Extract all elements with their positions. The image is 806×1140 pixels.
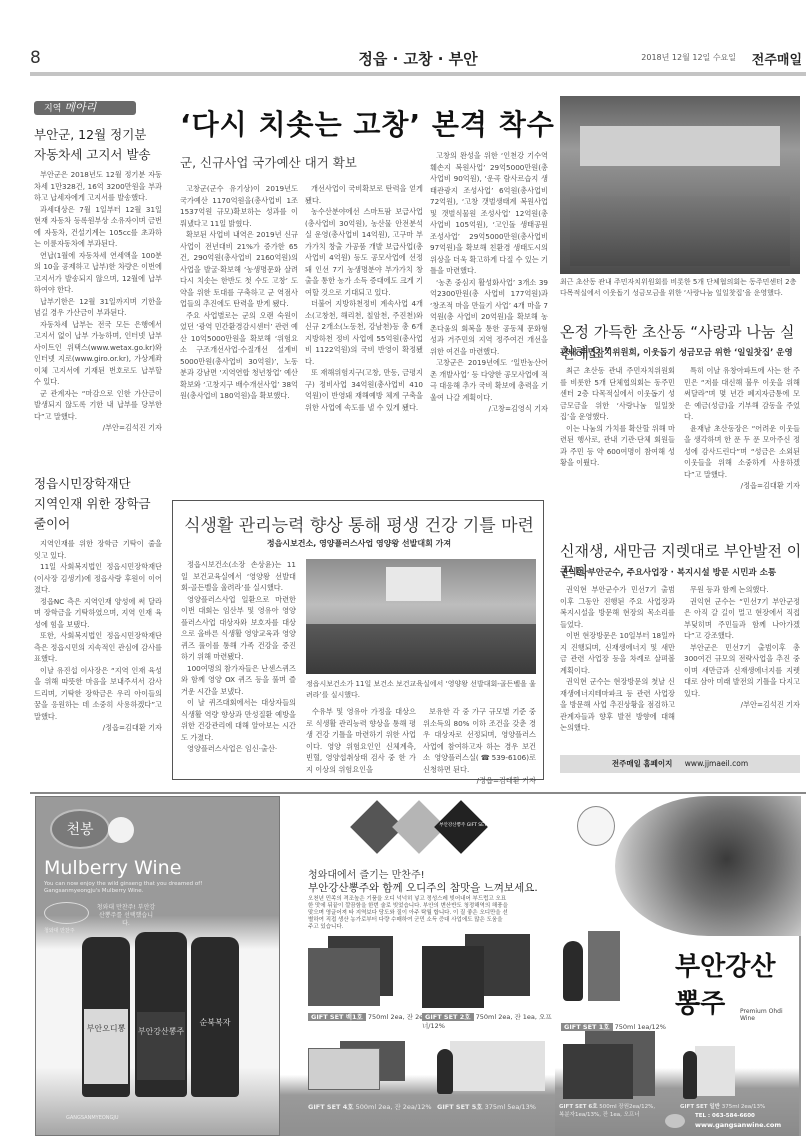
paragraph: 과세대상은 7월 1일부터 12월 31일 현재 자동차 등록원부상 소유자이며… — [34, 204, 162, 250]
paragraph: 연납(1월에 자동차세 연세액을 100분의 10을 공제하고 납부)한 차량은… — [34, 250, 162, 296]
gift-set-tag: GIFT SET 6호 — [559, 1104, 598, 1110]
seal-caption: 청와대 만찬주 — [44, 927, 75, 934]
health-col2: 수유부 및 영유아 가정을 대상으로 식생활 관리능력 향상을 통해 평생 건강… — [306, 706, 416, 775]
paragraph: 정읍NC 측은 지역인재 양성에 써 달라며 장학금을 기탁하였으며, 지역 인… — [34, 596, 162, 631]
paragraph: 확보된 사업비 내역은 2019년 신규사업이 전년대비 21%가 증가한 65… — [180, 229, 298, 310]
paragraph: 특히 이날 유창아파트에 사는 한 주민은 “저를 대신해 불우 이웃을 위해 … — [684, 365, 800, 423]
paragraph: 부안군은 민선7기 출범이후 총 300여건 규모의 전략사업을 추진 중이며 … — [684, 642, 800, 700]
paragraph: 영양플러스사업은 임신·출산· — [181, 743, 296, 755]
ad-middle-panel: 부안강산뽕주 GIFT SET 청와대에서 즐기는 만찬주! 부안강산뽕주와 함… — [280, 796, 555, 1136]
paragraph: 11일 사회복지법인 정읍시민장학재단(이사장 김생기)에 정읍사랑 후원이 이… — [34, 561, 162, 596]
paragraph: 수유부 및 영유아 가정을 대상으로 식생활 관리능력 향상을 통해 평생 건강… — [306, 706, 416, 775]
newspaper-name: 전주매일 — [752, 49, 802, 68]
byline: /고창=김영식 기자 — [430, 403, 548, 415]
gift-set-spec: 500ml 2ea, 잔 2ea/12% — [356, 1103, 432, 1111]
bottle-label: 부안오디뽕 — [84, 1009, 128, 1084]
bottle-ppongju: 부안강산뽕주 — [135, 932, 187, 1097]
gift-set-caption: GIFT SET 일반 375ml 2ea/13% — [680, 1102, 765, 1110]
main-headline: ‘다시 치솟는 고창’ 본격 착수 — [180, 103, 555, 143]
paragraph: 고창의 완성을 위한 ‘인천강 기수역 훼손지 복원사업’ 29억5000만원(… — [430, 150, 548, 277]
gift-set-tag: GIFT SET 1호 — [561, 1023, 613, 1031]
article-body: 부안군은 2018년도 12월 정기분 자동차세 1만328건, 16억 320… — [34, 169, 162, 434]
gift-set-5-bottle — [437, 1049, 453, 1094]
right-article1-subheadline: 관내 주민자치위원회, 이웃돕기 성금모금 위한 ‘일일찻집’ 운영 — [560, 346, 793, 358]
paragraph: 윤재남 초산동장은 “어려운 이웃들을 생각하며 한 푼 두 푼 모아주신 정성… — [684, 423, 800, 481]
article-body: 지역인재를 위한 장학금 기탁이 줄을 잇고 있다. 11일 사회복지법인 정읍… — [34, 538, 162, 734]
right-article1-col2: 특히 이날 유창아파트에 사는 한 주민은 “저를 대신해 불우 이웃을 위해 … — [684, 365, 800, 492]
bottle-label: 순북복자 — [191, 1017, 239, 1028]
brand-badge: 천봉 — [50, 809, 110, 849]
paragraph: 최근 초산동 관내 주민자치위원회를 비롯한 5개 단체협의회는 동주민센터 2… — [560, 365, 675, 423]
health-headline: 식생활 관리능력 향상 통해 평생 건강 기틀 마련 — [173, 511, 545, 536]
paragraph: 무원 등과 함께 논의했다. — [684, 584, 800, 596]
article-headline-line1: 정읍시민장학재단 — [34, 474, 162, 494]
paragraph: 군 관계자는 “마감으로 인한 가산금이 발생되지 않도록 기한 내 납부를 당… — [34, 388, 162, 423]
gift-set-2-bottles — [422, 946, 484, 1008]
mascot-icon — [577, 806, 615, 846]
health-article-box: 식생활 관리능력 향상 통해 평생 건강 기틀 마련 정읍시보건소, 영양플러스… — [172, 500, 544, 780]
header-rule — [30, 72, 806, 76]
paragraph: 또 재해위험지구(고창, 만동, 금평지구) 정비사업 34억원(총사업비 41… — [305, 367, 423, 413]
paragraph: 영양플러스사업 일환으로 마련한 이번 대회는 임산부 및 영유아 영양플러스사… — [181, 594, 296, 663]
ad-phone: TEL : 063-584-6600 — [695, 1113, 755, 1119]
paragraph: 권익현 군수는 “민선7기 부안군정은 아직 갈 길이 멀고 현장에서 직접 부… — [684, 596, 800, 642]
seal-text: 청와대 만찬주! 부안강산뽕주를 선택했습니다. — [96, 904, 156, 928]
paragraph: 고창군(군수 유기상)이 2019년도 국가예산 1170억원을(총사업비 1조… — [180, 183, 298, 229]
ad-headline1: 청와대에서 즐기는 만찬주! — [308, 866, 425, 881]
paragraph: 개선사업이 국비확보로 탄력을 얻게 됐다. — [305, 183, 423, 206]
gift-set-tag: GIFT SET 백1호 — [308, 1013, 366, 1021]
ad-left-panel: 천봉 Mulberry Wine You can now enjoy the w… — [35, 796, 280, 1136]
issue-date: 2018년 12월 12일 수요일 — [641, 52, 736, 63]
paragraph: 더불어 지방하천정비 계속사업 4개소(고창천, 해리천, 칠암천, 주진천)와… — [305, 298, 423, 367]
homepage-url[interactable]: www.jjmaeil.com — [685, 759, 748, 768]
gift-set-spec: 750ml 1ea/12% — [615, 1023, 666, 1031]
homepage-label: 전주매일 홈페이지 — [612, 759, 673, 768]
gift-set-caption: GIFT SET 1호 750ml 1ea/12% — [561, 1022, 666, 1031]
bottle-label: 부안강산뽕주 — [137, 1012, 185, 1080]
ad-tagline: You can now enjoy the wild ginseng that … — [44, 881, 214, 895]
gift-set-5-box — [450, 1041, 545, 1091]
blue-house-seal-icon — [44, 902, 89, 924]
byline: /정읍=김대환 기자 — [34, 722, 162, 734]
paragraph: 정읍시보건소(소장 손상윤)는 11일 보건교육실에서 ‘영양왕 선발대회-골든… — [181, 559, 296, 594]
right-article2-col2: 무원 등과 함께 논의했다. 권익현 군수는 “민선7기 부안군정은 아직 갈 … — [684, 584, 800, 711]
paragraph: 자동차세 납부는 전국 모든 은행에서 고지서 없이 납부 가능하며, 인터넷 … — [34, 319, 162, 388]
health-col1: 정읍시보건소(소장 손상윤)는 11일 보건교육실에서 ‘영양왕 선발대회-골든… — [181, 559, 296, 755]
tea-house-photo — [560, 96, 800, 274]
gift-set-6-bottles — [563, 1044, 633, 1099]
memo-tag-label: 메아리 — [64, 101, 96, 114]
article-scholarship: 정읍시민장학재단 지역인재 위한 장학금 줄이어 지역인재를 위한 장학금 기탁… — [34, 474, 162, 734]
gift-set-caption: GIFT SET 6호 500ml 장원2ea/12%, 복분자1ea/13%,… — [559, 1102, 659, 1118]
paragraph: 이 날 퀴즈대회에서는 대상자들의 식생활 역량 향상과 만성질환 예방을 위한… — [181, 697, 296, 743]
paragraph: 주요 사업별로는 군의 오랜 숙원이었던 ‘광역 민간환경감시센터’ 관련 예산… — [180, 310, 298, 402]
paragraph: 권익현 군수는 현장방문의 첫날 신재생에너지테마파크 등 관련 사업장을 방문… — [560, 676, 675, 734]
right-article1-col1: 최근 초산동 관내 주민자치위원회를 비롯한 5개 단체협의회는 동주민센터 2… — [560, 365, 675, 469]
health-subheadline: 정읍시보건소, 영양플러스사업 영양왕 선발대회 가져 — [173, 538, 545, 549]
gift-set-general-bottle — [683, 1051, 697, 1099]
byline: /정읍=김대환 기자 — [423, 775, 536, 787]
gift-set-tag: GIFT SET 5호 — [437, 1103, 483, 1111]
paragraph: 농수산분야에선 스마트팜 보급사업(총사업비 30억원), 농산물 안전분석실 … — [305, 206, 423, 298]
homepage-banner[interactable]: 전주매일 홈페이지 www.jjmaeil.com — [560, 755, 800, 773]
tea-house-caption: 최근 초산동 관내 주민자치위원회를 비롯한 5개 단체협의회는 동주민센터 2… — [560, 277, 800, 299]
paragraph: ‘농촌 중심지 활성화사업’ 3개소 39억2300만원(총 사업비 177억원… — [430, 277, 548, 358]
paragraph: 보유한 각 중 가구 규모별 기준 중위소득의 80% 이하 조건을 갖춘 경우… — [423, 706, 536, 775]
gift-set-caption: GIFT SET 4호 500ml 2ea, 잔 2ea/12% — [308, 1102, 432, 1111]
gift-set-general-box — [695, 1046, 735, 1096]
paragraph: 또한, 사회복지법인 정읍시민장학재단 측은 정읍시민의 지속적인 관심에 감사… — [34, 630, 162, 665]
article-headline-line2: 자동차세 고지서 발송 — [34, 145, 162, 165]
article-headline-line1: 부안군, 12월 정기분 — [34, 125, 162, 145]
ad-description: 오천년 민족의 격조높은 기품을 오디 넉넉히 넣고 정성스레 빚어내어 부드럽… — [308, 896, 508, 931]
gift-set-spec: 375ml 5ea/13% — [485, 1103, 536, 1111]
people-tables — [570, 196, 790, 266]
projection-screen — [386, 567, 441, 601]
paragraph: 권익현 부안군수가 민선7기 출범 이후 그동안 진행된 주요 사업장과 복지시… — [560, 584, 675, 630]
bottle-ohdi: 부안오디뽕 — [82, 937, 130, 1097]
byline: /부안=김석진 기자 — [684, 699, 800, 711]
health-photo-caption: 정읍시보건소가 11일 보건소 보건교육실에서 ‘영양왕 선발대회-골든벨을 울… — [306, 679, 536, 701]
main-subheadline: 군, 신규사업 국가예산 대거 확보 — [180, 153, 357, 171]
paragraph: 부안군은 2018년도 12월 정기분 자동차세 1만328건, 16억 320… — [34, 169, 162, 204]
paragraph: 이날 유진섭 이사장은 “지역 인재 육성을 위해 따뜻한 마음을 보내주셔서 … — [34, 665, 162, 723]
main-article-col3: 고창의 완성을 위한 ‘인천강 기수역 훼손지 복원사업’ 29억5000만원(… — [430, 150, 548, 415]
ad-right-panel: 부안강산 뽕주 Premium Ohdi Wine GIFT SET 1호 75… — [555, 796, 801, 1136]
gift-set-tag: GIFT SET 2호 — [422, 1013, 474, 1021]
gift-set-1-bottles — [308, 948, 380, 1006]
health-event-photo — [306, 559, 536, 674]
audience — [306, 624, 536, 674]
mulberry-photo — [615, 796, 801, 936]
right-article2-col1: 권익현 부안군수가 민선7기 출범 이후 그동안 진행된 주요 사업장과 복지시… — [560, 584, 675, 734]
gift-set-tag: GIFT SET 일반 — [680, 1104, 720, 1110]
byline: /정읍=김대환 기자 — [684, 480, 800, 492]
right-article2-subheadline: 권익현 부안군수, 주요사업장 · 복지시설 방문 시민과 소통 — [560, 566, 776, 578]
byline: /부안=김석진 기자 — [34, 422, 162, 434]
gift-badge: 부안강산뽕주 GIFT SET — [430, 822, 496, 828]
memo-tag: 지역메아리 — [34, 101, 136, 115]
gift-set-4-bottles — [308, 1048, 380, 1090]
premium-bottle — [563, 941, 583, 1001]
main-article-col2: 개선사업이 국비확보로 탄력을 얻게 됐다. 농수산분야에선 스마트팜 보급사업… — [305, 183, 423, 413]
ad-title: Mulberry Wine — [44, 857, 181, 879]
gift-set-caption: GIFT SET 5호 375ml 5ea/13% — [437, 1102, 536, 1111]
paragraph: 고창군은 2019년에도 ‘일반농산어촌 개발사업’ 등 다양한 공모사업에 적… — [430, 357, 548, 403]
bottle-bokbunja: 순북복자 — [191, 937, 239, 1097]
paragraph: 납부기한은 12월 31일까지며 기한을 넘길 경우 가산금이 부과된다. — [34, 296, 162, 319]
banner — [580, 126, 780, 166]
paragraph: 이는 나눔의 가치를 확산할 위해 마련된 행사로, 관내 기관·단체 회원들과… — [560, 423, 675, 469]
footer-brand: GANGSANMYEONGJU — [66, 1115, 119, 1121]
health-col3: 보유한 각 중 가구 규모별 기준 중위소득의 80% 이하 조건을 갖춘 경우… — [423, 706, 536, 787]
paragraph: 100여명의 참가자들은 난센스퀴즈와 함께 영양 OX 퀴즈 등을 풀며 즐거… — [181, 663, 296, 698]
memo-tag-prefix: 지역 — [44, 104, 61, 114]
mascot-icon — [108, 817, 134, 843]
paragraph: 이번 현장방문은 10일부터 18일까지 진행되며, 신재생에너지 및 새만금 … — [560, 630, 675, 676]
gift-set-spec: 375ml 2ea/13% — [722, 1104, 765, 1110]
ad-website[interactable]: www.gangsanwine.com — [695, 1121, 781, 1129]
ad-headline2: 부안강산뽕주와 함께 오디주의 참맛을 느껴보세요. — [308, 880, 538, 895]
company-logo-icon — [665, 1114, 685, 1128]
gift-set-caption: GIFT SET 2호 750ml 2ea, 잔 1ea, 오프너/12% — [422, 1012, 555, 1030]
paragraph: 지역인재를 위한 장학금 기탁이 줄을 잇고 있다. — [34, 538, 162, 561]
premium-label: Premium Ohdi Wine — [740, 1008, 790, 1022]
article-car-tax: 부안군, 12월 정기분 자동차세 고지서 발송 부안군은 2018년도 12월… — [34, 125, 162, 434]
premium-box — [588, 931, 620, 1001]
main-article-col1: 고창군(군수 유기상)이 2019년도 국가예산 1170억원을(총사업비 1조… — [180, 183, 298, 402]
gift-set-tag: GIFT SET 4호 — [308, 1103, 354, 1111]
page-header: 8 정읍 · 고창 · 부안 2018년 12월 12일 수요일 전주매일 — [30, 42, 806, 72]
article-headline-line2: 지역인재 위한 장학금 줄이어 — [34, 494, 162, 534]
